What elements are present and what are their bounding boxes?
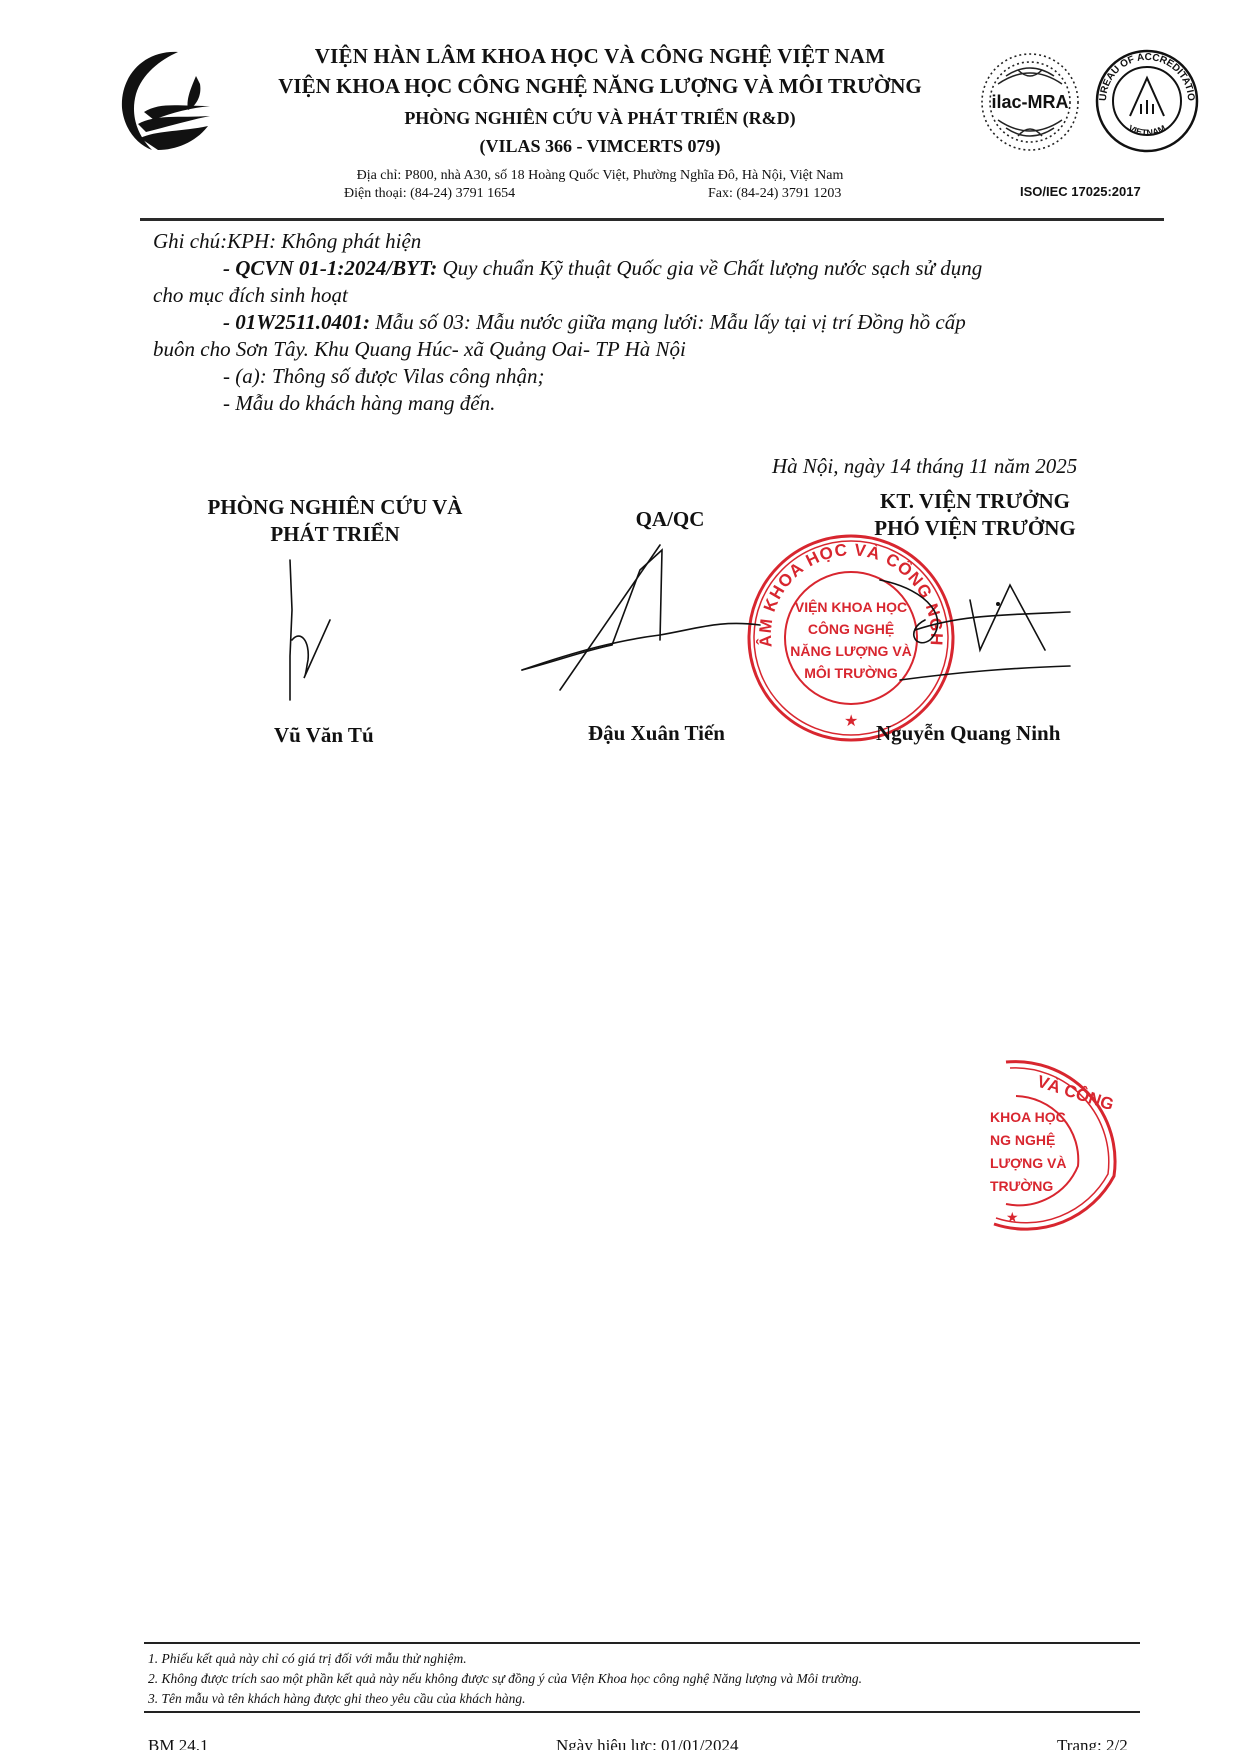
footer-note: 2. Không được trích sao một phần kết quả… xyxy=(148,1669,862,1689)
academy-name: VIỆN HÀN LÂM KHOA HỌC VÀ CÔNG NGHỆ VIỆT … xyxy=(240,44,960,69)
svg-text:NĂNG LƯỢNG VÀ: NĂNG LƯỢNG VÀ xyxy=(790,643,912,659)
notes-title: Ghi chú:KPH: Không phát hiện xyxy=(153,228,1133,255)
address: Địa chỉ: P800, nhà A30, số 18 Hoàng Quốc… xyxy=(240,168,960,184)
svg-text:CÔNG NGHỆ: CÔNG NGHỆ xyxy=(808,620,894,637)
footer-note: 1. Phiếu kết quả này chỉ có giá trị đối … xyxy=(148,1649,862,1669)
signer-title-qaqc: QA/QC xyxy=(600,506,740,533)
svg-text:KHOA HỌC: KHOA HỌC xyxy=(990,1109,1066,1125)
note-item: - QCVN 01-1:2024/BYT: Quy chuẩn Kỹ thuật… xyxy=(153,255,1133,282)
svg-text:TRƯỜNG: TRƯỜNG xyxy=(990,1177,1053,1194)
svg-text:NG NGHỆ: NG NGHỆ xyxy=(990,1131,1055,1148)
note-customer-sample: - Mẫu do khách hàng mang đến. xyxy=(153,390,1133,417)
svg-text:★: ★ xyxy=(1006,1210,1019,1226)
fax: Fax: (84-24) 3791 1203 xyxy=(708,186,841,202)
footer-divider xyxy=(144,1642,1140,1644)
notes-section: Ghi chú:KPH: Không phát hiện - QCVN 01-1… xyxy=(153,228,1133,417)
note-item-cont: buôn cho Sơn Tây. Khu Quang Húc- xã Quản… xyxy=(153,336,1133,363)
signer-name-director: Nguyễn Quang Ninh xyxy=(876,721,1060,746)
note-item: - 01W2511.0401: Mẫu số 03: Mẫu nước giữa… xyxy=(153,309,1133,336)
note-vilas: - (a): Thông số được Vilas công nhận; xyxy=(153,363,1133,390)
ilac-mra-logo-icon: ilac-MRA xyxy=(978,50,1082,154)
footer-divider-bottom xyxy=(144,1711,1140,1713)
page-number: Trang: 2/2 xyxy=(1057,1736,1128,1750)
phone: Điện thoại: (84-24) 3791 1654 xyxy=(344,186,515,202)
svg-text:ilac-MRA: ilac-MRA xyxy=(991,92,1068,112)
iso-standard: ISO/IEC 17025:2017 xyxy=(1020,184,1141,199)
institute-name: VIỆN KHOA HỌC CÔNG NGHỆ NĂNG LƯỢNG VÀ MÔ… xyxy=(240,74,960,99)
partial-seal-stamp-icon: VÀ CÔNG KHOA HỌC NG NGHỆ LƯỢNG VÀ TRƯỜNG… xyxy=(986,1046,1134,1246)
footer-note: 3. Tên mẫu và tên khách hàng được ghi th… xyxy=(148,1689,862,1709)
institute-logo-icon xyxy=(116,46,220,154)
signer-title-rd: PHÒNG NGHIÊN CỨU VÀ PHÁT TRIỂN xyxy=(170,494,500,548)
footer-notes: 1. Phiếu kết quả này chỉ có giá trị đối … xyxy=(148,1649,862,1709)
svg-text:MÔI TRƯỜNG: MÔI TRƯỜNG xyxy=(804,664,898,681)
svg-text:★: ★ xyxy=(844,711,858,730)
official-stamp-icon: VIỆN HÀN LÂM KHOA HỌC VÀ CÔNG NGHỆ VIỆT … xyxy=(744,530,958,746)
signing-date: Hà Nội, ngày 14 tháng 11 năm 2025 xyxy=(772,454,1077,479)
signer-name-rd: Vũ Văn Tú xyxy=(274,723,374,748)
accreditation-codes: (VILAS 366 - VIMCERTS 079) xyxy=(240,136,960,157)
signer-name-qaqc: Đậu Xuân Tiến xyxy=(588,721,725,746)
svg-text:LƯỢNG VÀ: LƯỢNG VÀ xyxy=(990,1155,1066,1171)
header-divider xyxy=(140,218,1164,221)
svg-text:VIETNAM: VIETNAM xyxy=(1127,123,1168,138)
svg-text:VÀ CÔNG: VÀ CÔNG xyxy=(1035,1072,1116,1115)
bureau-of-accreditation-logo-icon: BUREAU OF ACCREDITATION VIETNAM xyxy=(1094,48,1200,154)
svg-text:VIỆN KHOA HỌC: VIỆN KHOA HỌC xyxy=(795,598,907,615)
note-item-cont: cho mục đích sinh hoạt xyxy=(153,282,1133,309)
form-code: BM 24.1 xyxy=(148,1736,208,1750)
effective-date: Ngày hiệu lực: 01/01/2024 xyxy=(556,1736,739,1750)
department-name: PHÒNG NGHIÊN CỨU VÀ PHÁT TRIỂN (R&D) xyxy=(240,108,960,129)
